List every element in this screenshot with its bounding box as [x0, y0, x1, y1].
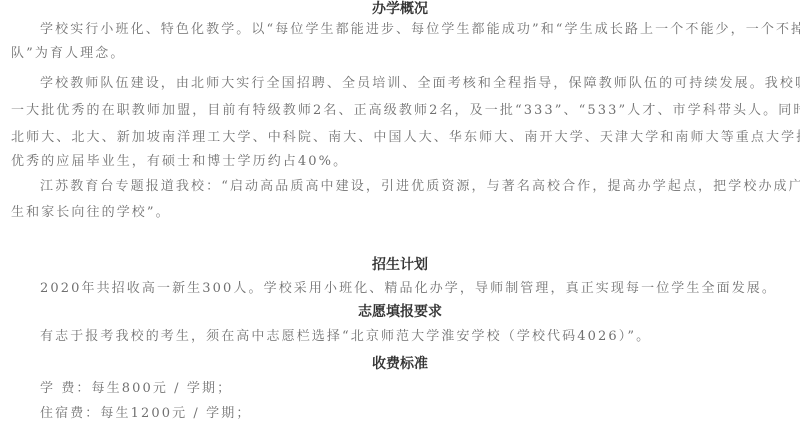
fee-item-tuition: 学 费：每生800元 / 学期；: [40, 380, 232, 398]
paragraph-line: 一大批优秀的在职教师加盟，目前有特级教师2名、正高级教师2名，及一批“333”、…: [11, 102, 800, 120]
paragraph-line: 北师大、北大、新加坡南洋理工大学、中科院、南大、中国人大、华东师大、南开大学、天…: [11, 129, 800, 147]
fee-item-accommodation: 住宿费：每生1200元 / 学期；: [40, 405, 251, 423]
paragraph-line: 生和家长向往的学校”。: [11, 204, 171, 222]
enrollment-plan-text: 2020年共招收高一新生300人。学校采用小班化、精品化办学，导师制管理，真正实…: [40, 280, 777, 298]
section-title-overview: 办学概况: [0, 0, 800, 18]
section-title-enrollment-plan: 招生计划: [0, 256, 800, 274]
paragraph-line: 学校实行小班化、特色化教学。以“每位学生都能进步、每位学生都能成功”和“学生成长…: [40, 21, 800, 39]
paragraph-line: 江苏教育台专题报道我校：“启动高品质高中建设，引进优质资源，与著名高校合作，提高…: [40, 178, 800, 196]
section-title-application-requirements: 志愿填报要求: [0, 303, 800, 321]
paragraph-line: 队”为育人理念。: [11, 45, 125, 63]
paragraph-line: 学校教师队伍建设，由北师大实行全国招聘、全员培训、全面考核和全程指导，保障教师队…: [40, 75, 800, 93]
section-title-fees: 收费标准: [0, 355, 800, 373]
application-requirements-text: 有志于报考我校的考生，须在高中志愿栏选择“北京师范大学淮安学校（学校代码4026…: [40, 328, 651, 346]
paragraph-line: 优秀的应届毕业生，有硕士和博士学历约占40%。: [11, 153, 348, 171]
